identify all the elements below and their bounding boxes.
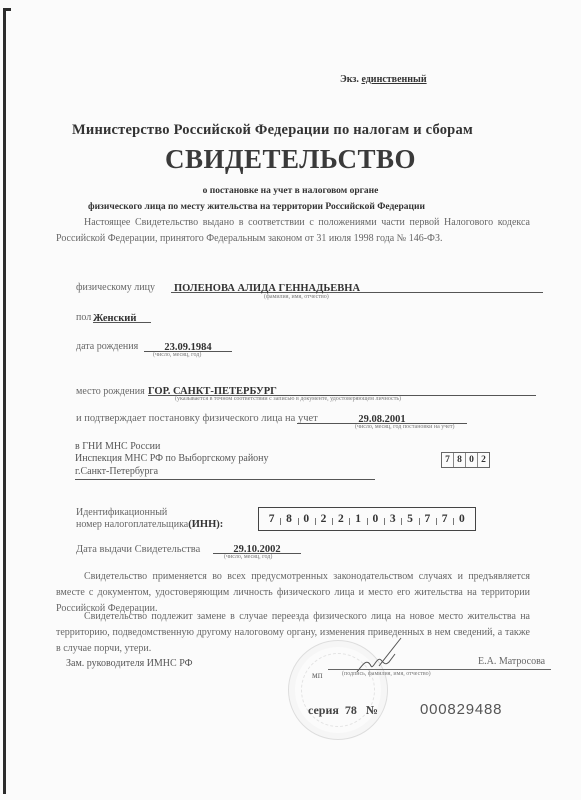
sex-value: Женский — [93, 313, 136, 324]
tax-office-line-1: в ГНИ МНС России — [75, 441, 160, 452]
inn-digit: 1 — [349, 508, 366, 530]
series-code: 78 — [345, 703, 357, 717]
signatory-name: Е.А. Матросова — [478, 656, 545, 667]
copy-note: Экз. единственный — [340, 74, 427, 85]
registration-label: и подтверждает постановку физического ли… — [76, 413, 318, 424]
issue-date-field: 29.10.2002 — [213, 539, 301, 554]
inn-digit: 2 — [332, 508, 349, 530]
note-paragraph-2: Свидетельство подлежит замене в случае п… — [56, 609, 530, 657]
intro-paragraph: Настоящее Свидетельство выдано в соответ… — [56, 215, 530, 247]
pob-label: место рождения — [76, 386, 145, 397]
intro-paragraph-text: Настоящее Свидетельство выдано в соответ… — [56, 217, 530, 244]
note-text: Свидетельство подлежит замене в случае п… — [56, 611, 530, 654]
certificate-number: 000829488 — [420, 701, 502, 718]
inn-label-text: номер налогоплательщика — [76, 519, 188, 530]
series-word: серия — [308, 703, 339, 717]
tax-office-code: 7 8 0 2 — [441, 452, 490, 468]
inn-label-line-2: номер налогоплательщика(ИНН): — [76, 519, 223, 530]
name-value: ПОЛЕНОВА АЛИДА ГЕННАДЬЕВНА — [171, 283, 360, 294]
tax-office-line-3: г.Санкт-Петербурга — [75, 466, 375, 480]
inn-digit: 0 — [367, 508, 384, 530]
inn-digit: 7 — [436, 508, 453, 530]
scan-border-edge — [3, 8, 6, 794]
signature-caption: (подпись, фамилия, имя, отчество) — [342, 671, 431, 677]
inn-label-abbr: (ИНН): — [188, 519, 223, 530]
registration-date-field: 29.08.2001 — [297, 409, 467, 424]
inn-digit: 0 — [453, 508, 470, 530]
document-subtitle-1: о постановке на учет в налоговом органе — [0, 186, 581, 196]
series-label: серия 78 № — [308, 703, 378, 718]
code-digit: 7 — [442, 453, 453, 467]
sex-field: Женский — [93, 308, 151, 323]
handwritten-signature — [355, 636, 405, 676]
dob-label: дата рождения — [76, 341, 138, 352]
signature-line — [328, 668, 551, 670]
sex-label: пол — [76, 312, 91, 323]
issue-date-caption: (число, месяц, год) — [224, 554, 272, 560]
copy-note-value: единственный — [361, 74, 426, 85]
dob-caption: (число, месяц, год) — [153, 352, 201, 358]
scan-border-corner — [3, 8, 11, 11]
code-digit: 8 — [453, 453, 465, 467]
inn-digit: 2 — [315, 508, 332, 530]
stamp-place-mark: мп — [312, 670, 323, 680]
code-digit: 2 — [477, 453, 489, 467]
copy-note-prefix: Экз. — [340, 74, 359, 85]
ministry-name: Министерство Российской Федерации по нал… — [72, 122, 473, 139]
name-caption: (фамилия, имя, отчество) — [264, 294, 329, 300]
inn-number-box: 7 8 0 2 2 1 0 3 5 7 7 0 — [258, 507, 476, 531]
dob-field: 23.09.1984 — [144, 337, 232, 352]
registration-caption: (число, месяц, год постановки на учет) — [355, 424, 455, 430]
inn-digit: 0 — [298, 508, 315, 530]
note-text: Свидетельство применяется во всех предус… — [56, 571, 530, 614]
inn-digit: 7 — [419, 508, 436, 530]
inn-digit: 5 — [401, 508, 418, 530]
name-field: ПОЛЕНОВА АЛИДА ГЕННАДЬЕВНА — [171, 278, 543, 293]
pob-caption: (указывается в точном соответствии с зап… — [175, 396, 401, 402]
number-sign: № — [366, 703, 378, 717]
inn-digit: 3 — [384, 508, 401, 530]
pob-field: ГОР. САНКТ-ПЕТЕРБУРГ — [148, 381, 536, 396]
tax-office-line-2: Инспекция МНС РФ по Выборгскому району — [75, 453, 269, 464]
signatory-position: Зам. руководителя ИМНС РФ — [66, 658, 193, 669]
document-subtitle-2: физического лица по месту жительства на … — [88, 202, 425, 212]
issue-date-label: Дата выдачи Свидетельства — [76, 544, 200, 555]
name-label: физическому лицу — [76, 282, 155, 293]
inn-digit: 7 — [263, 508, 280, 530]
document-title: СВИДЕТЕЛЬСТВО — [0, 144, 581, 175]
inn-digit: 8 — [280, 508, 297, 530]
inn-label-line-1: Идентификационный — [76, 507, 167, 518]
code-digit: 0 — [465, 453, 477, 467]
